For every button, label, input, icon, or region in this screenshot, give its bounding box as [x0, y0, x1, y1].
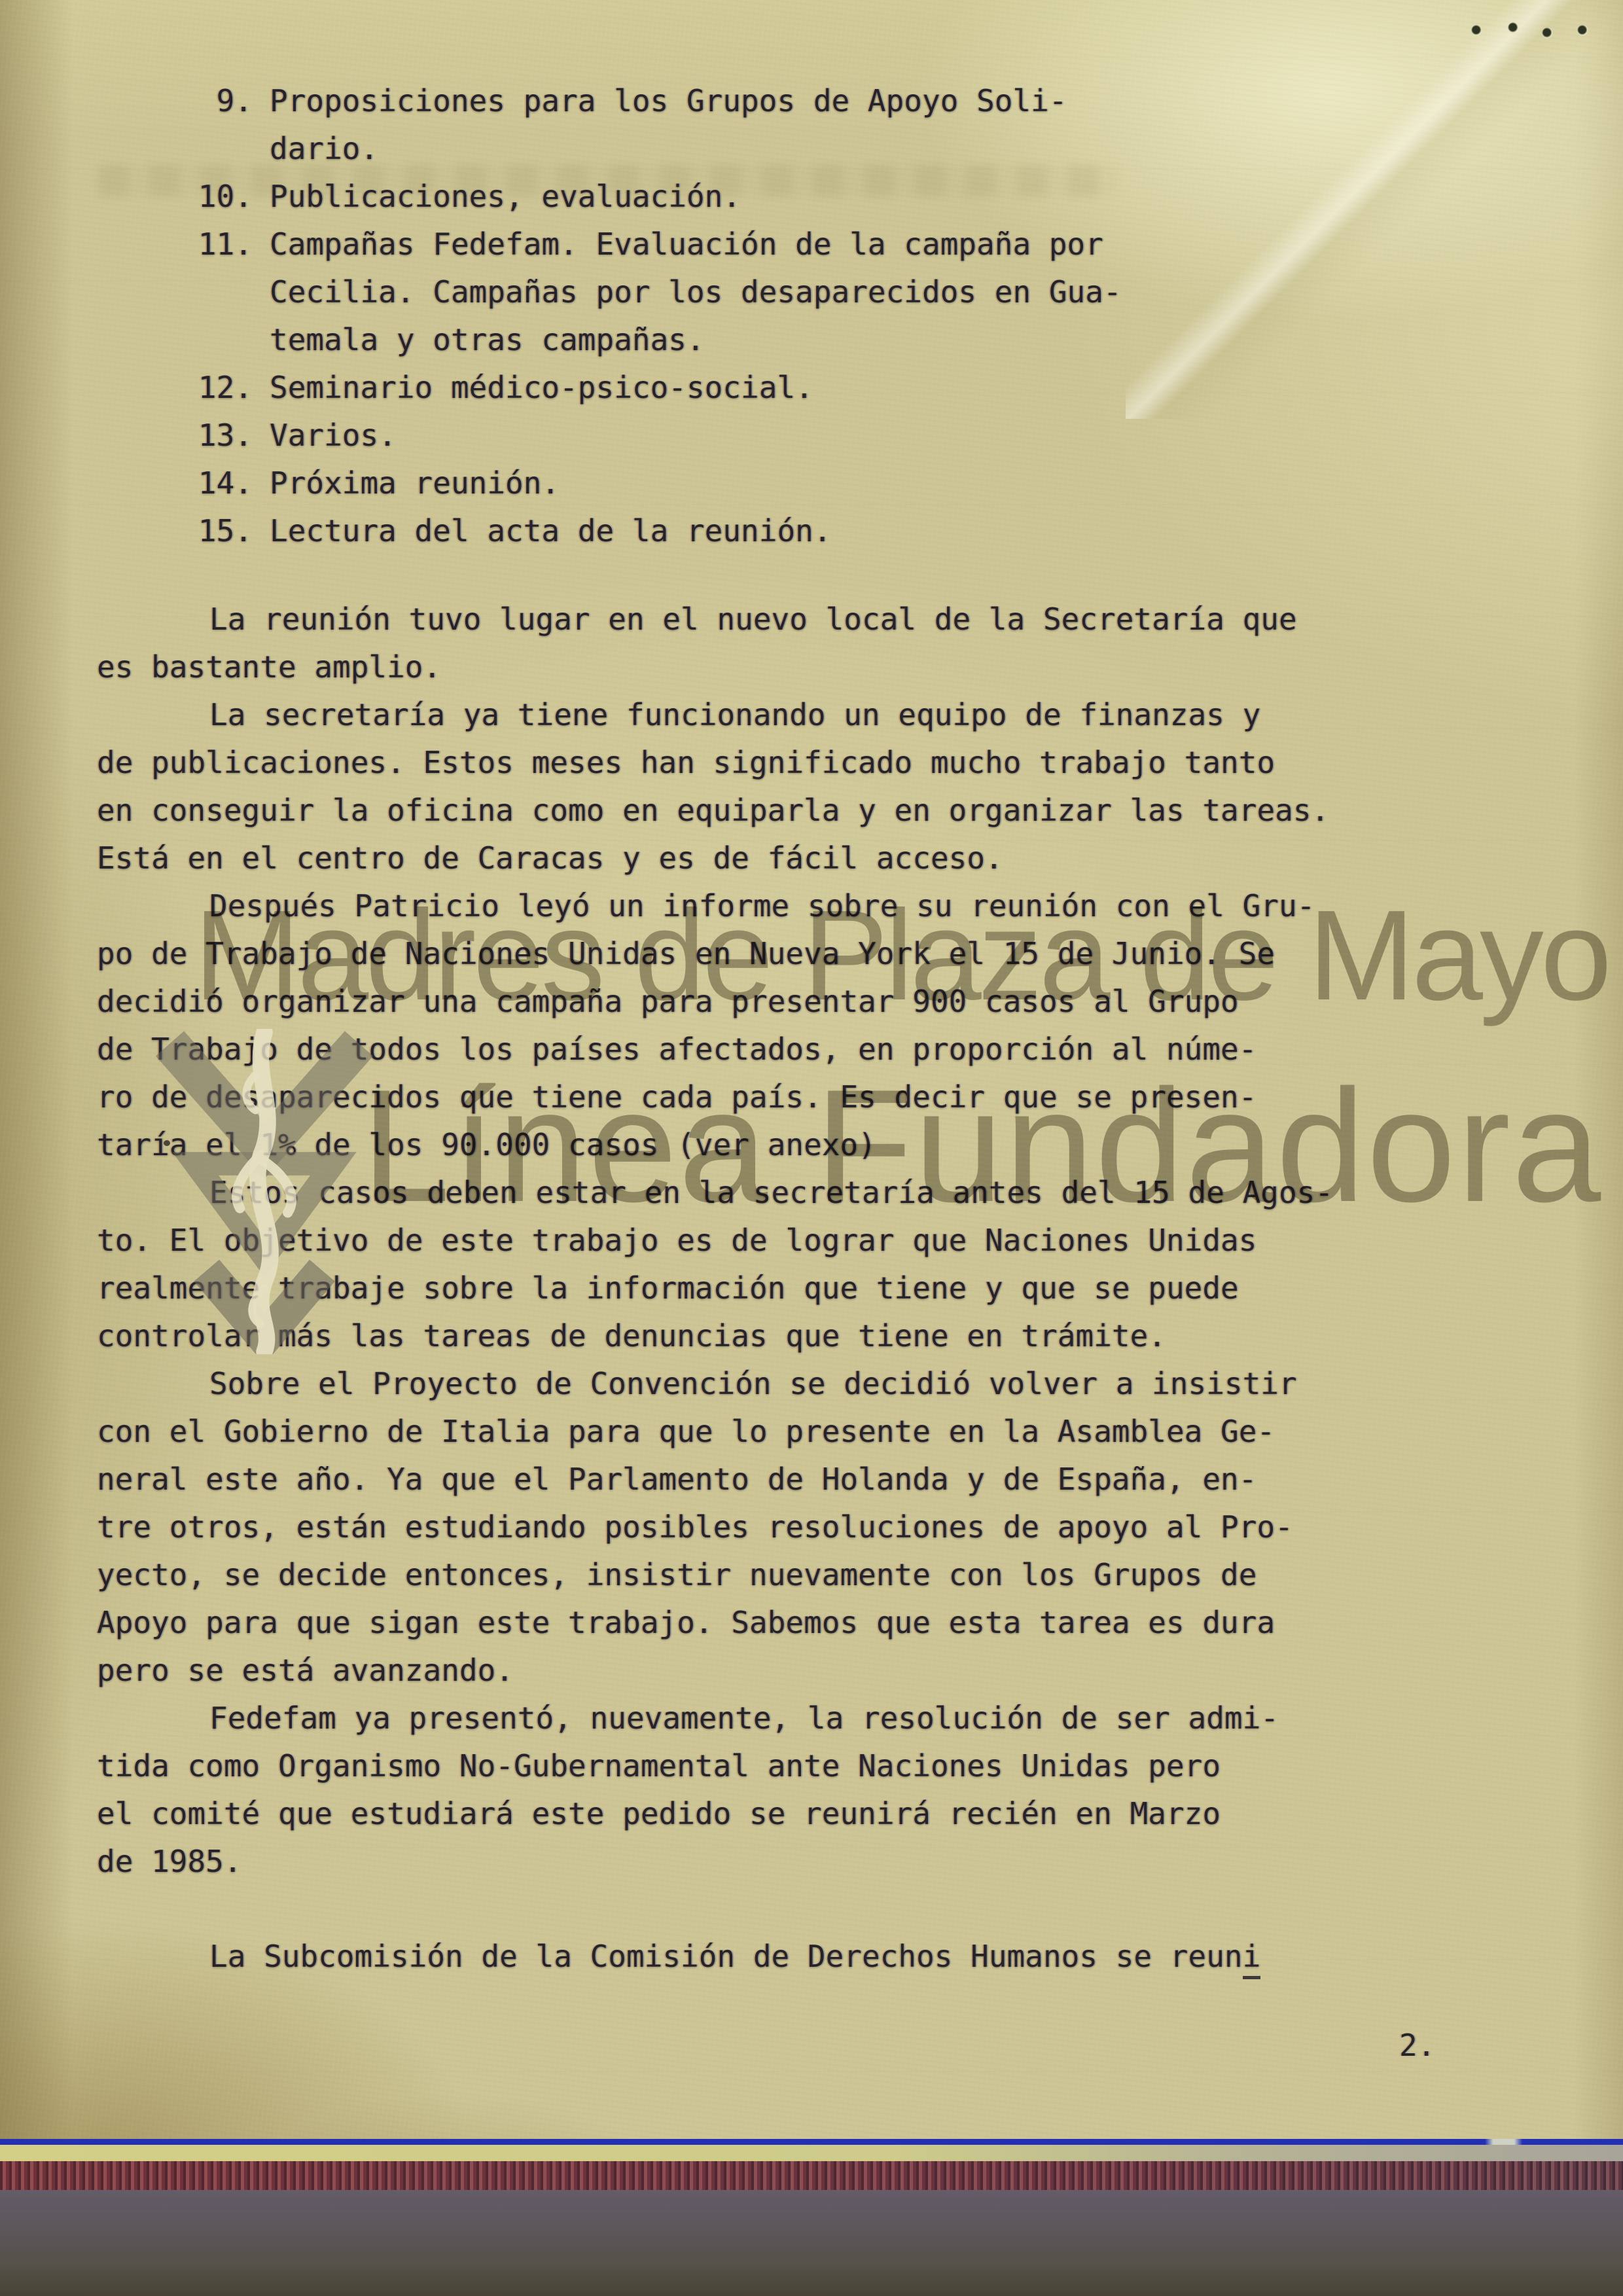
typed-line: Sobre el Proyecto de Convención se decid…: [97, 1360, 1497, 1408]
paragraph: La secretaría ya tiene funcionando un eq…: [97, 691, 1497, 882]
paragraph: Después Patricio leyó un informe sobre s…: [97, 882, 1497, 1169]
typed-line: en conseguir la oficina como en equiparl…: [97, 787, 1497, 834]
typed-line: Fedefam ya presentó, nuevamente, la reso…: [97, 1695, 1497, 1742]
paragraph: Estos casos deben estar en la secretaría…: [97, 1169, 1497, 1360]
typed-line: tida como Organismo No-Gubernamental ant…: [97, 1742, 1497, 1790]
agenda-item-line: Próxima reunión.: [270, 459, 560, 507]
agenda-item-line: Cecilia. Campañas por los desaparecidos …: [270, 268, 1122, 316]
closing-underlined-char: i: [1243, 1939, 1261, 1979]
agenda-item: 14. Próxima reunión.: [196, 459, 1497, 507]
ink-speck: [164, 1140, 170, 1146]
agenda-item-number: 9.: [196, 77, 253, 125]
agenda-item: 13. Varios.: [196, 412, 1497, 459]
document-page: 9. Proposiciones para los Grupos de Apoy…: [0, 0, 1623, 2296]
typed-line: de 1985.: [97, 1838, 1497, 1886]
agenda-item-line: dario.: [270, 125, 1067, 173]
punch-mark-icon: [1508, 22, 1519, 33]
typed-line: po de Trabajo de Naciones Unidas en Nuev…: [97, 930, 1497, 978]
agenda-item-number: 14.: [196, 459, 253, 507]
typed-line: La reunión tuvo lugar en el nuevo local …: [97, 596, 1497, 643]
agenda-item: 15. Lectura del acta de la reunión.: [196, 507, 1497, 555]
paragraph: Fedefam ya presentó, nuevamente, la reso…: [97, 1695, 1497, 1886]
agenda-item-line: Proposiciones para los Grupos de Apoyo S…: [270, 77, 1067, 125]
typed-line: tre otros, están estudiando posibles res…: [97, 1503, 1497, 1551]
agenda-item-line: Lectura del acta de la reunión.: [270, 507, 832, 555]
agenda-list: 9. Proposiciones para los Grupos de Apoy…: [196, 77, 1497, 555]
typed-line: de publicaciones. Estos meses han signif…: [97, 739, 1497, 787]
typed-line: Estos casos deben estar en la secretaría…: [97, 1169, 1497, 1217]
agenda-item-line: Publicaciones, evaluación.: [270, 173, 741, 221]
typed-line: La secretaría ya tiene funcionando un eq…: [97, 691, 1497, 739]
typed-line: realmente trabaje sobre la información q…: [97, 1265, 1497, 1312]
agenda-item: 10. Publicaciones, evaluación.: [196, 173, 1497, 221]
punch-mark-icon: [1577, 25, 1588, 36]
agenda-item: 11. Campañas Fedefam. Evaluación de la c…: [196, 221, 1497, 364]
typed-line: el comité que estudiará este pedido se r…: [97, 1790, 1497, 1838]
paragraph: Sobre el Proyecto de Convención se decid…: [97, 1360, 1497, 1695]
agenda-item-line: Varios.: [270, 412, 397, 459]
closing-line: La Subcomisión de la Comisión de Derecho…: [97, 1933, 1497, 1981]
typed-line: de Trabajo de todos los países afectados…: [97, 1026, 1497, 1073]
body-text: La reunión tuvo lugar en el nuevo local …: [97, 596, 1497, 1981]
typed-line: Después Patricio leyó un informe sobre s…: [97, 882, 1497, 930]
agenda-item-line: Seminario médico-psico-social.: [270, 364, 813, 412]
scan-edge-strip-yellow: [0, 2145, 1623, 2161]
typed-line: con el Gobierno de Italia para que lo pr…: [97, 1408, 1497, 1456]
closing-text: La Subcomisión de la Comisión de Derecho…: [209, 1939, 1243, 1974]
agenda-item-number: 12.: [196, 364, 253, 412]
agenda-item-number: 10.: [196, 173, 253, 221]
typed-content: 9. Proposiciones para los Grupos de Apoy…: [97, 77, 1497, 1981]
agenda-item-number: 13.: [196, 412, 253, 459]
agenda-item-line: temala y otras campañas.: [270, 316, 1122, 364]
typed-line: to. El objetivo de este trabajo es de lo…: [97, 1217, 1497, 1265]
typed-line: controlar más las tareas de denuncias qu…: [97, 1312, 1497, 1360]
typed-line: Está en el centro de Caracas y es de fác…: [97, 834, 1497, 882]
typed-line: pero se está avanzando.: [97, 1647, 1497, 1695]
agenda-item-line: Campañas Fedefam. Evaluación de la campa…: [270, 221, 1122, 268]
typed-line: es bastante amplio.: [97, 643, 1497, 691]
typed-line: decidió organizar una campaña para prese…: [97, 978, 1497, 1026]
scan-edge-strip-maroon: [0, 2161, 1623, 2190]
typed-line: neral este año. Ya que el Parlamento de …: [97, 1456, 1497, 1503]
agenda-item-number: 15.: [196, 507, 253, 555]
scan-edge-strip-dark: [0, 2190, 1623, 2296]
agenda-item: 12. Seminario médico-psico-social.: [196, 364, 1497, 412]
typed-line: taría el 1% de los 90.000 casos (ver ane…: [97, 1121, 1497, 1169]
page-number: 2.: [1399, 2028, 1435, 2063]
typed-line: yecto, se decide entonces, insistir nuev…: [97, 1551, 1497, 1599]
agenda-item-number: 11.: [196, 221, 253, 268]
agenda-item: 9. Proposiciones para los Grupos de Apoy…: [196, 77, 1497, 173]
typed-line: ro de desaparecidos que tiene cada país.…: [97, 1073, 1497, 1121]
typed-line: Apoyo para que sigan este trabajo. Sabem…: [97, 1599, 1497, 1647]
scan-edge-blue-line: [0, 2139, 1623, 2145]
punch-mark-icon: [1471, 25, 1482, 36]
paragraph: La reunión tuvo lugar en el nuevo local …: [97, 596, 1497, 691]
punch-mark-icon: [1542, 27, 1553, 39]
